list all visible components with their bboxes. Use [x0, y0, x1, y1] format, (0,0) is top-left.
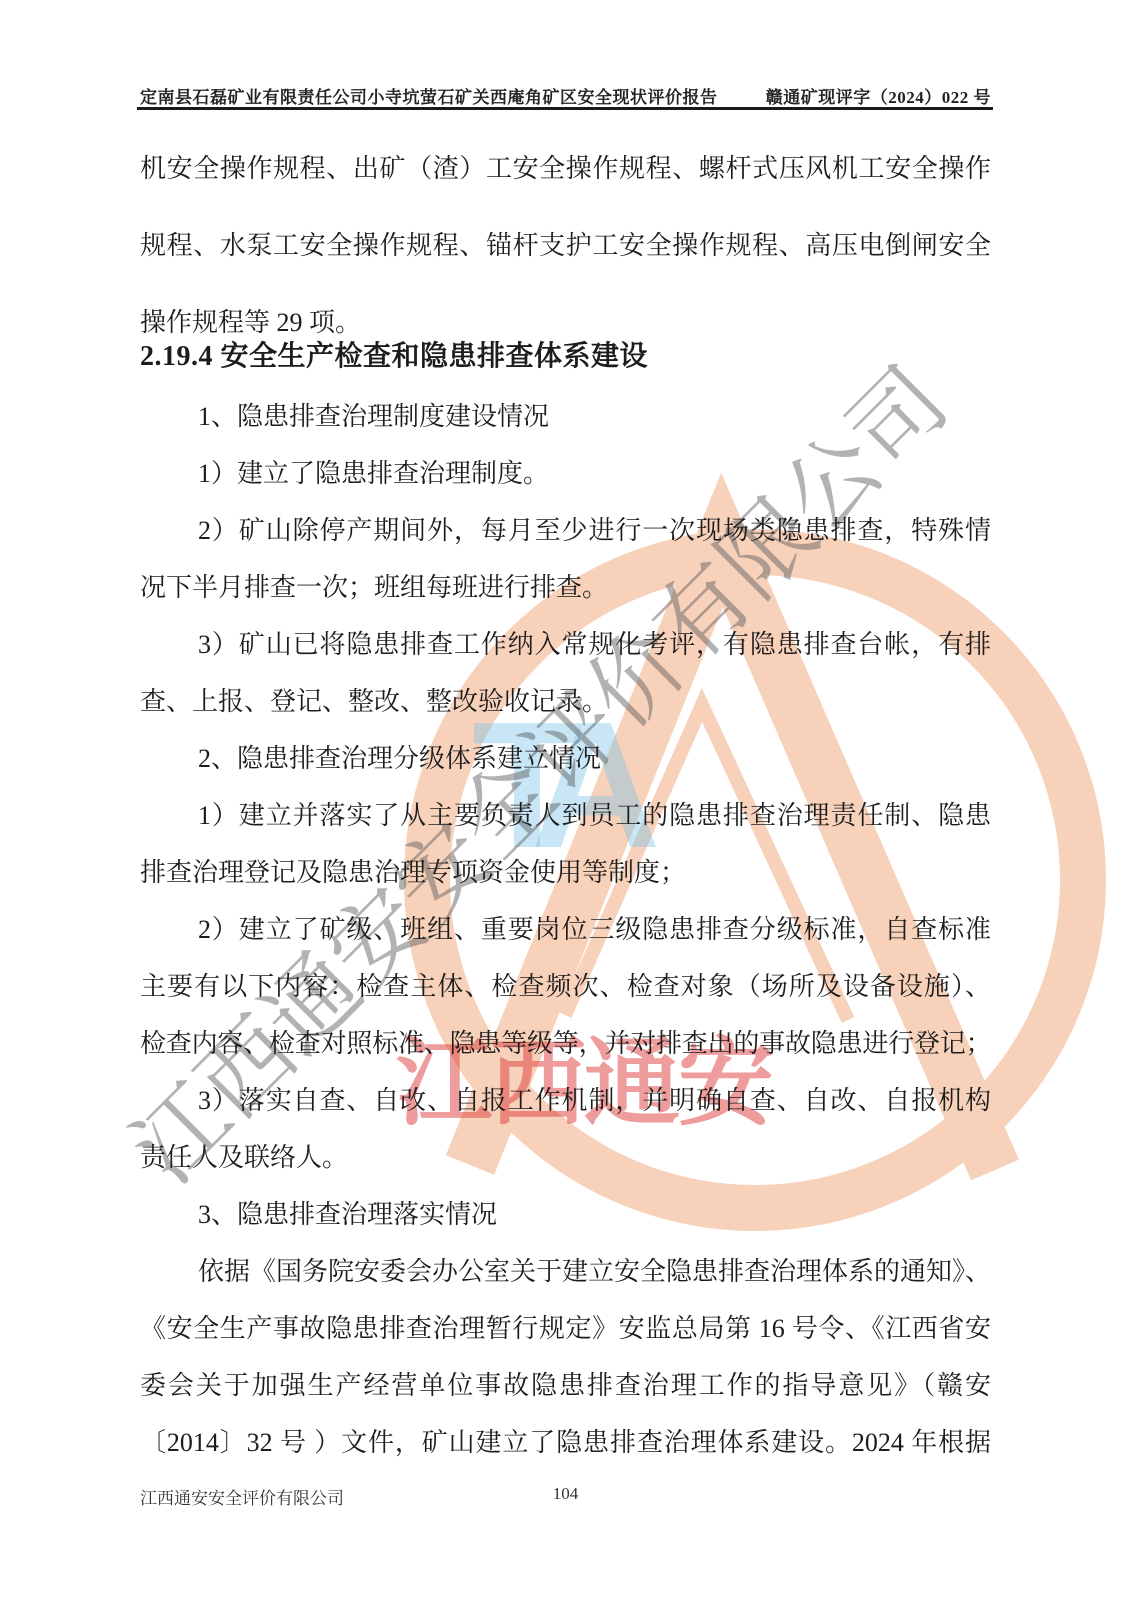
body-line: 操作规程等 29 项。: [140, 302, 991, 338]
body-line: 依据《国务院安委会办公室关于建立安全隐患排查治理体系的通知》、: [140, 1251, 991, 1287]
body-line: 委会关于加强生产经营单位事故隐患排查治理工作的指导意见》（赣安: [140, 1365, 991, 1401]
body-line: 3、隐患排查治理落实情况: [140, 1194, 991, 1230]
body-line: 3）落实自查、自改、自报工作机制，并明确自查、自改、自报机构: [140, 1080, 991, 1116]
document-page: TA 江西通安安全评价有限公司 江西通安 定南县石磊矿业有限责任公司小寺坑萤石矿…: [0, 0, 1131, 1600]
body-line: 《安全生产事故隐患排查治理暂行规定》安监总局第 16 号令、《江西省安: [140, 1308, 991, 1344]
footer-page-number: 104: [0, 1484, 1131, 1504]
body-line: 排查治理登记及隐患治理专项资金使用等制度；: [140, 852, 991, 888]
body-line: 1）建立并落实了从主要负责人到员工的隐患排查治理责任制、隐患: [140, 795, 991, 831]
body-line: 况下半月排查一次；班组每班进行排查。: [140, 567, 991, 603]
body-line: 责任人及联络人。: [140, 1137, 991, 1173]
body-line: 2）建立了矿级、班组、重要岗位三级隐患排查分级标准，自查标准: [140, 909, 991, 945]
body-line: 1）建立了隐患排查治理制度。: [140, 453, 991, 489]
body-line: 检查内容、检查对照标准、隐患等级等，并对排查出的事故隐患进行登记；: [140, 1023, 991, 1059]
body-line: 机安全操作规程、出矿（渣）工安全操作规程、螺杆式压风机工安全操作: [140, 148, 991, 184]
body-line: 3）矿山已将隐患排查工作纳入常规化考评，有隐患排查台帐，有排: [140, 624, 991, 660]
body-line: 2）矿山除停产期间外，每月至少进行一次现场类隐患排查，特殊情: [140, 510, 991, 546]
body-line: 2、隐患排查治理分级体系建立情况: [140, 738, 991, 774]
body-line: 主要有以下内容：检查主体、检查频次、检查对象（场所及设备设施）、: [140, 966, 991, 1002]
header-document-number: 赣通矿现评字（2024）022 号: [766, 83, 991, 108]
body-text: 机安全操作规程、出矿（渣）工安全操作规程、螺杆式压风机工安全操作 规程、水泵工安…: [0, 0, 1131, 1600]
page-header: 定南县石磊矿业有限责任公司小寺坑萤石矿关西庵角矿区安全现状评价报告 赣通矿现评字…: [140, 82, 991, 108]
body-line: 查、上报、登记、整改、整改验收记录。: [140, 681, 991, 717]
body-line: 1、隐患排查治理制度建设情况: [140, 396, 991, 432]
body-line: 〔2014〕32 号 ）文件，矿山建立了隐患排查治理体系建设。2024 年根据: [140, 1422, 991, 1458]
header-report-title: 定南县石磊矿业有限责任公司小寺坑萤石矿关西庵角矿区安全现状评价报告: [140, 83, 718, 108]
body-line: 规程、水泵工安全操作规程、锚杆支护工安全操作规程、高压电倒闸安全: [140, 225, 991, 261]
header-rule: [137, 107, 993, 110]
section-heading: 2.19.4 安全生产检查和隐患排查体系建设: [140, 334, 991, 370]
